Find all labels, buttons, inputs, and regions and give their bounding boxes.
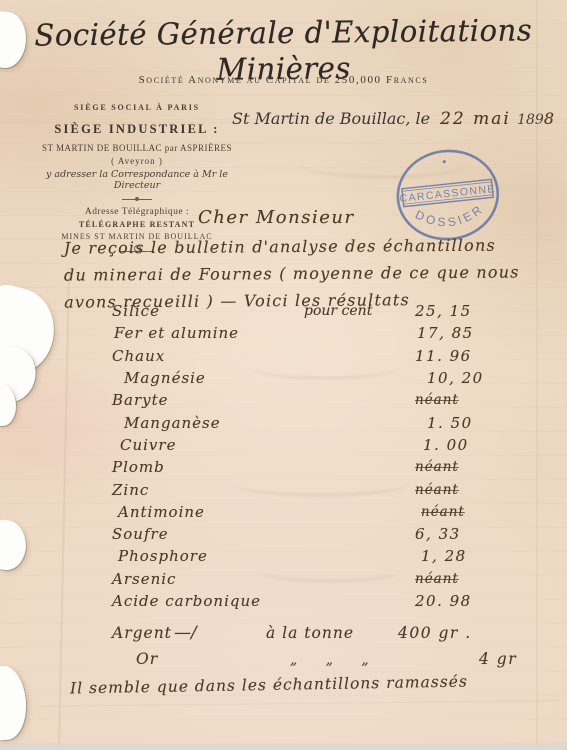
- address-line-2: ( Aveyron ): [28, 156, 246, 166]
- dateline-year-printed: 189: [517, 112, 544, 128]
- table-row: Antimoinenéant: [112, 501, 522, 523]
- scanned-letter: Société Générale d'Exploitations Minière…: [0, 0, 567, 750]
- mineral-label: Phosphore: [112, 547, 310, 565]
- mineral-label: Zinc: [112, 481, 304, 499]
- mineral-label: Baryte: [112, 391, 304, 409]
- metal-basis: à la tonne: [266, 624, 398, 642]
- mineral-label: Acide carbonique: [112, 592, 304, 610]
- correspondence-note: y adresser la Correspondance à Mr le Dir…: [28, 169, 246, 191]
- paragraph-line-2: du minerai de Fournes ( moyenne de ce qu…: [64, 258, 534, 288]
- table-row: Silicepour cent25, 15: [112, 300, 522, 322]
- mineral-label: Magnésie: [112, 369, 316, 387]
- table-row: Arsenicnéant: [112, 568, 522, 590]
- mineral-value: néant: [415, 459, 459, 475]
- table-row: Fer et alumine17, 85: [112, 322, 522, 344]
- metal-value: 400 gr .: [398, 624, 472, 642]
- table-row: Soufre6, 33: [112, 523, 522, 545]
- mineral-value: néant: [421, 504, 465, 520]
- metal-label: Argent: [112, 624, 174, 642]
- mineral-value: 17, 85: [417, 324, 474, 342]
- divider-ornament-icon: [122, 196, 152, 203]
- stamp-dot-icon: [443, 160, 447, 164]
- mineral-label: Silice: [112, 302, 304, 320]
- metal-row: Or„ „ „4 gr: [112, 650, 542, 677]
- dateline: St Martin de Bouillac, le 22 mai 1898: [232, 109, 554, 129]
- mineral-label: Chaux: [112, 347, 304, 365]
- mineral-value: néant: [415, 392, 459, 408]
- analysis-table: Silicepour cent25, 15Fer et alumine17, 8…: [112, 300, 522, 612]
- metal-label: Or: [112, 650, 198, 668]
- mineral-label: Antimoine: [112, 503, 310, 521]
- precious-metals-section: Argent—/à la tonne400 gr .Or„ „ „4 gr: [112, 623, 542, 677]
- table-row: Magnésie10, 20: [112, 367, 522, 389]
- mineral-value: néant: [415, 571, 459, 587]
- table-row: Acide carbonique20. 98: [112, 590, 522, 612]
- paragraph-line-1: Je reçois le bulletin d'analyse des écha…: [64, 231, 534, 261]
- dateline-year: 1898: [517, 109, 554, 128]
- dateline-year-digit-handwritten: 8: [544, 109, 554, 128]
- dateline-day-month-handwritten: 22 mai: [440, 109, 511, 129]
- table-row: Zincnéant: [112, 478, 522, 500]
- mineral-value: 1, 28: [421, 547, 467, 565]
- mineral-label: Fer et alumine: [112, 324, 306, 342]
- table-row: Plombnéant: [112, 456, 522, 478]
- address-line-1: ST MARTIN DE BOUILLAC par ASPRIÈRES: [28, 143, 246, 153]
- metal-basis: „ „ „: [290, 652, 422, 668]
- metal-value: 4 gr: [422, 650, 517, 668]
- table-row: Phosphore1, 28: [112, 545, 522, 567]
- mineral-label: Arsenic: [112, 570, 304, 588]
- mineral-value: 25, 15: [415, 302, 472, 320]
- mineral-value: néant: [415, 482, 459, 498]
- unit-label: pour cent: [304, 303, 415, 319]
- metal-row: Argent—/à la tonne400 gr .: [112, 623, 542, 650]
- dateline-place-printed: St Martin de Bouillac, le: [232, 109, 430, 128]
- mineral-value: 11. 96: [415, 347, 472, 365]
- siege-social-line: SIÈGE SOCIAL À PARIS: [28, 103, 246, 112]
- mineral-label: Plomb: [112, 458, 304, 476]
- mineral-value: 1. 50: [427, 414, 473, 432]
- brace-mark: —/: [174, 623, 266, 643]
- mineral-value: 6, 33: [415, 525, 461, 543]
- table-row: Manganèse1. 50: [112, 411, 522, 433]
- mineral-value: 10, 20: [427, 369, 484, 387]
- siege-industriel-line: SIÈGE INDUSTRIEL :: [28, 122, 246, 137]
- mineral-label: Soufre: [112, 525, 304, 543]
- mineral-label: Cuivre: [112, 436, 312, 454]
- scanner-edge: [0, 744, 567, 750]
- company-subtitle: Société Anonyme au Capital de 250,000 Fr…: [0, 74, 567, 86]
- salutation: Cher Monsieur: [198, 207, 355, 228]
- table-row: Cuivre1. 00: [112, 434, 522, 456]
- mineral-label: Manganèse: [112, 414, 316, 432]
- table-row: Barytenéant: [112, 389, 522, 411]
- mineral-value: 20. 98: [415, 592, 472, 610]
- mineral-value: 1. 00: [423, 436, 469, 454]
- table-row: Chaux11. 96: [112, 345, 522, 367]
